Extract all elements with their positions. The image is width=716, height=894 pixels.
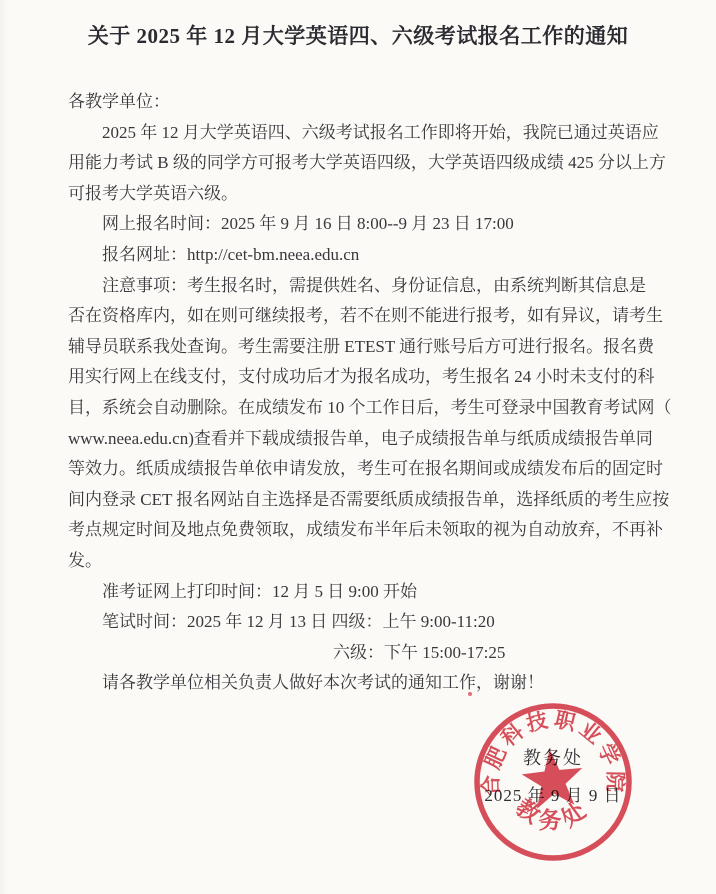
body-line: 注意事项：考生报名时，需提供姓名、身份证信息，由系统判断其信息是 (68, 271, 654, 302)
seal-department-text: 教务处 (511, 794, 595, 833)
body-line: 用能力考试 B 级的同学方可报考大学英语四级，大学英语四级成绩 425 分以上方 (68, 148, 654, 179)
exam-time-cet4-line: 笔试时间：2025 年 12 月 13 日 四级：上午 9:00-11:20 (68, 607, 654, 638)
registration-url-line: 报名网址：http://cet-bm.neea.edu.cn (68, 240, 654, 271)
body-line: 考点规定时间及地点免费领取，成绩发布半年后未领取的视为自动放弃，不再补 (68, 515, 654, 546)
notice-body: 各教学单位： 2025 年 12 月大学英语四、六级考试报名工作即将开始，我院已… (68, 87, 654, 699)
body-line: 可报考大学英语六级。 (68, 179, 654, 210)
registration-time-line: 网上报名时间：2025 年 9 月 16 日 8:00--9 月 23 日 17… (68, 209, 654, 240)
notice-title: 关于 2025 年 12 月大学英语四、六级考试报名工作的通知 (0, 20, 716, 50)
body-line: 用实行网上在线支付，支付成功后才为报名成功，考生报名 24 小时未支付的科 (68, 362, 654, 393)
body-line: 辅导员联系我处查询。考生需要注册 ETEST 通行账号后方可进行报名。报名费 (68, 332, 654, 363)
body-line: 间内登录 CET 报名网站自主选择是否需要纸质成绩报告单，选择纸质的考生应按 (68, 485, 654, 516)
body-line: 否在资格库内，如在则可继续报考，若不在则不能进行报考，如有异议，请考生 (68, 301, 654, 332)
body-line: 等效力。纸质成绩报告单依申请发放，考生可在报名期间或成绩发布后的固定时 (68, 454, 654, 485)
body-line: 目，系统会自动删除。在成绩发布 10 个工作日后，考生可登录中国教育考试网（ (68, 393, 654, 424)
red-ink-speck (468, 692, 472, 696)
scanned-notice-page: 关于 2025 年 12 月大学英语四、六级考试报名工作的通知 各教学单位： 2… (0, 0, 716, 894)
body-line: 2025 年 12 月大学英语四、六级考试报名工作即将开始，我院已通过英语应 (68, 118, 654, 149)
salutation-line: 各教学单位： (68, 87, 654, 118)
print-time-line: 准考证网上打印时间：12 月 5 日 9:00 开始 (68, 577, 654, 608)
official-seal: 合肥科技职业学院 教务处 (453, 682, 653, 882)
body-line: www.neea.edu.cn)查看并下载成绩报告单，电子成绩报告单与纸质成绩报… (68, 424, 654, 455)
body-line: 发。 (68, 546, 654, 577)
exam-time-cet6-line: 六级：下午 15:00-17:25 (68, 638, 654, 669)
